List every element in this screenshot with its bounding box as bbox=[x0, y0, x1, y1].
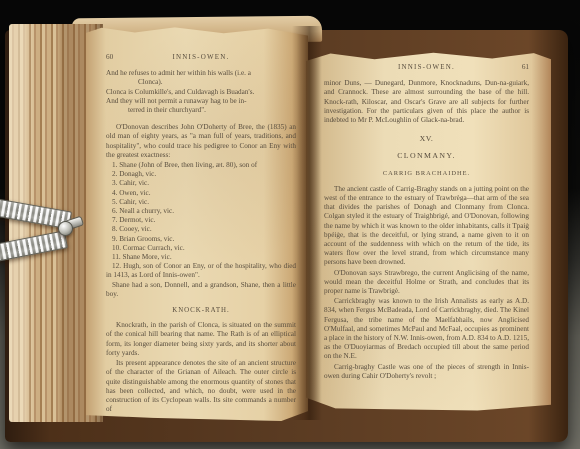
page-number: 60 bbox=[106, 53, 130, 62]
pedigree-item: 8. Cooey, vic. bbox=[106, 225, 296, 234]
section-heading: KNOCK-RATH. bbox=[106, 306, 296, 315]
verse-line: Clonca). bbox=[106, 78, 296, 87]
verse-line: terred in their churchyard". bbox=[106, 106, 296, 115]
verse-line: And he refuses to admit her within his w… bbox=[106, 69, 296, 78]
pedigree-item: 4. Owen, vic. bbox=[106, 189, 296, 198]
verse-line: And they will not permit a runaway hag t… bbox=[106, 97, 296, 106]
running-header: INNIS-OWEN. bbox=[348, 63, 505, 72]
body-paragraph: Knockrath, in the parish of Clonca, is s… bbox=[106, 321, 296, 358]
pedigree-item: 5. Cahir, vic. bbox=[106, 198, 296, 207]
body-paragraph: O'Donovan says Strawbrego, the current A… bbox=[324, 269, 529, 297]
pedigree-item: 9. Brian Grooms, vic. bbox=[106, 235, 296, 244]
pedigree-item: 6. Neall a churry, vic. bbox=[106, 207, 296, 216]
page-number: 61 bbox=[505, 63, 529, 72]
running-header: INNIS-OWEN. bbox=[130, 53, 272, 62]
pedigree-item: 2. Donagh, vic. bbox=[106, 170, 296, 179]
pedigree-item: 3. Cahir, vic. bbox=[106, 179, 296, 188]
right-page: INNIS-OWEN. 61 minor Duns, — Dunegard, D… bbox=[306, 52, 551, 412]
clasp-knob bbox=[58, 221, 73, 236]
pedigree-list: 1. Shane (John of Bree, then living, æt.… bbox=[106, 161, 296, 281]
body-paragraph: The ancient castle of Carrig-Braghy stan… bbox=[324, 185, 529, 268]
section-heading: CARRIG BRACHAIDHE. bbox=[324, 169, 529, 178]
pedigree-item: 11. Shane More, vic. bbox=[106, 253, 296, 262]
continuation-paragraph: minor Duns, — Dunegard, Dunmore, Knockna… bbox=[324, 79, 529, 125]
pedigree-item: 12. Hugh, son of Conor an Eny, or of the… bbox=[106, 262, 296, 280]
body-paragraph: Carrig-braghy Castle was one of the piec… bbox=[324, 363, 529, 381]
body-paragraph: Its present appearance denotes the site … bbox=[106, 359, 296, 414]
left-page: 60 INNIS-OWEN. And he refuses to admit h… bbox=[86, 27, 308, 421]
pedigree-item: 7. Dermot, vic. bbox=[106, 216, 296, 225]
pedigree-item: 1. Shane (John of Bree, then living, æt.… bbox=[106, 161, 296, 170]
clasp-band-lower bbox=[0, 230, 68, 261]
intro-paragraph: O'Donovan describes John O'Doherty of Br… bbox=[106, 123, 296, 160]
right-page-header: INNIS-OWEN. 61 bbox=[324, 63, 529, 72]
chapter-title: CLONMANY. bbox=[324, 151, 529, 160]
body-paragraph: Carrickbraghy was known to the Irish Ann… bbox=[324, 297, 529, 361]
metal-clasp bbox=[0, 194, 84, 274]
left-page-header: 60 INNIS-OWEN. bbox=[106, 53, 296, 62]
pedigree-item: 10. Cormac Currach, vic. bbox=[106, 244, 296, 253]
verse-line: Clonca is Columkille's, and Culdavagh is… bbox=[106, 88, 296, 97]
photo-background: 60 INNIS-OWEN. And he refuses to admit h… bbox=[0, 0, 580, 449]
chapter-number: XV. bbox=[324, 134, 529, 143]
verse-quotation: And he refuses to admit her within his w… bbox=[106, 69, 296, 115]
pedigree-note: Shane had a son, Donnell, and a grandson… bbox=[106, 281, 296, 299]
